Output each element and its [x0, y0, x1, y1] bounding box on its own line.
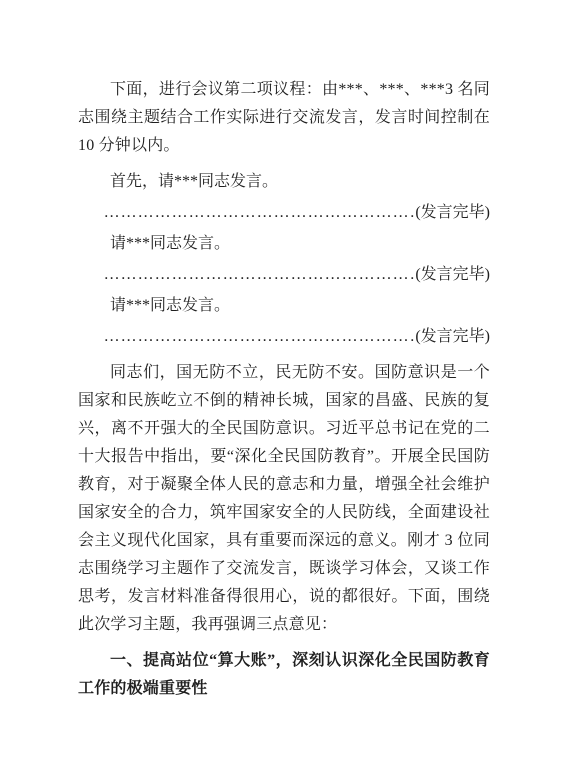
speech-line-third: 请***同志发言。 — [78, 292, 490, 320]
speech-line-second: 请***同志发言。 — [78, 230, 490, 258]
dot-leader: …………………………………………………………………………………………………………… — [104, 323, 416, 351]
speech-completed-label: (发言完毕) — [415, 323, 490, 351]
main-paragraph: 同志们，国无防不立，民无防不安。国防意识是一个国家和民族屹立不倒的精神长城，国家… — [78, 359, 490, 639]
speech-completed-row: …………………………………………………………………………………………………………… — [78, 323, 490, 351]
document-page: 下面，进行会议第二项议程：由***、***、***3 名同志围绕主题结合工作实际… — [0, 0, 586, 759]
speech-completed-label: (发言完毕) — [415, 199, 490, 227]
intro-paragraph: 下面，进行会议第二项议程：由***、***、***3 名同志围绕主题结合工作实际… — [78, 76, 490, 160]
dot-leader: …………………………………………………………………………………………………………… — [104, 261, 416, 289]
speech-completed-label: (发言完毕) — [415, 261, 490, 289]
speech-completed-row: …………………………………………………………………………………………………………… — [78, 199, 490, 227]
dot-leader: …………………………………………………………………………………………………………… — [104, 199, 416, 227]
speech-line-first: 首先，请***同志发言。 — [78, 168, 490, 196]
section-heading-1: 一、提高站位“算大账”，深刻认识深化全民国防教育工作的极端重要性 — [78, 647, 490, 703]
speech-completed-row: …………………………………………………………………………………………………………… — [78, 261, 490, 289]
